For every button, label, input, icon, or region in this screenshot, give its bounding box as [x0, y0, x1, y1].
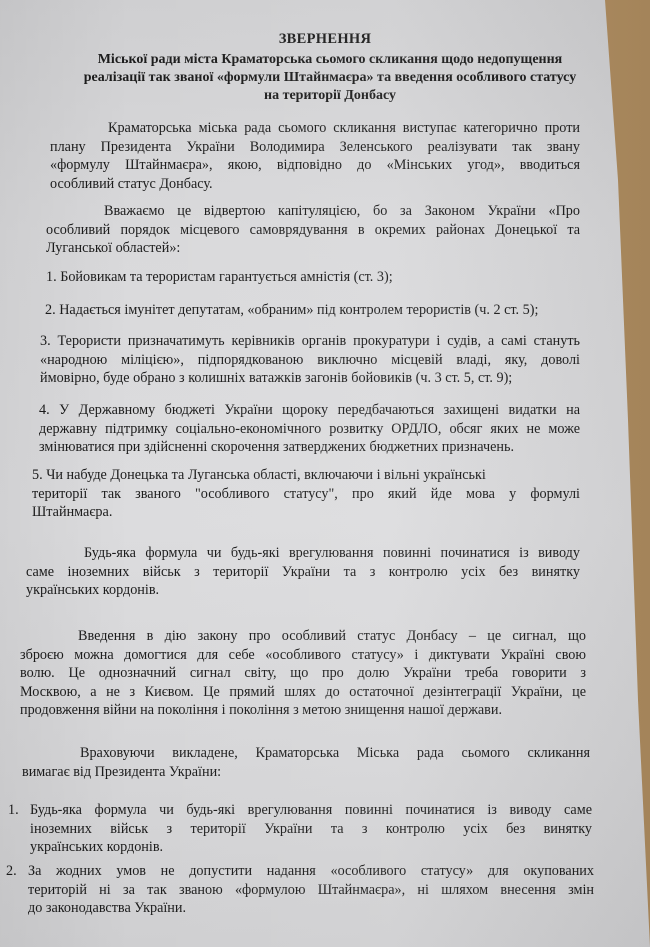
demand-number: 1.: [8, 801, 19, 820]
text-line: продовження війни на покоління і поколін…: [20, 701, 586, 720]
signal-paragraph: Введення в дію закону про особливий стат…: [20, 627, 586, 720]
demand-item-1: 1. Будь-яка формула чи будь-які врегулюв…: [8, 801, 592, 857]
text-line: Москвою, а не з Києвом. Це прямий шлях д…: [20, 683, 586, 702]
text-line: зброєю можна домогтися для себе «особлив…: [20, 646, 586, 665]
law-paragraph: Вважаємо це відвертою капітуляцією, бо з…: [46, 202, 580, 258]
text-line: до законодавства України.: [28, 899, 594, 918]
text-line: українських кордонів.: [30, 838, 592, 857]
text-line: території так званого "особливого статус…: [32, 485, 580, 504]
text-line: Будь-яка формула чи будь-які врегулюванн…: [30, 801, 592, 820]
intro-paragraph: Краматорська міська рада сьомого скликан…: [50, 119, 580, 193]
text-line: 3. Терористи призначатимуть керівників о…: [40, 332, 580, 351]
law-point-1: 1. Бойовикам та терористам гарантується …: [46, 268, 580, 287]
law-point-2: 2. Надається імунітет депутатам, «обрани…: [45, 301, 580, 320]
text-line: територій ні за так званою «формулою Шта…: [28, 881, 594, 900]
subtitle-line: реалізації так званої «формули Штайнмаєр…: [75, 69, 585, 87]
text-line: 1. Бойовикам та терористам гарантується …: [46, 268, 580, 287]
text-line: ймовірно, буде обрано з колишніх ватажкі…: [40, 369, 580, 388]
text-line: особливий статус Донбасу.: [50, 175, 580, 194]
text-line: 5. Чи набуде Донецька та Луганська облас…: [32, 466, 580, 485]
text-line: Штайнмаєра.: [32, 503, 580, 522]
text-line: Вважаємо це відвертою капітуляцією, бо з…: [46, 202, 580, 221]
demand-number: 2.: [6, 862, 17, 881]
law-point-4: 4. У Державному бюджеті України щороку п…: [39, 401, 580, 457]
text-line: За жодних умов не допустити надання «осо…: [28, 862, 594, 881]
text-line: українських кордонів.: [26, 581, 580, 600]
demand-item-2: 2. За жодних умов не допустити надання «…: [6, 862, 594, 918]
text-line: волю. Це однозначний сигнал світу, що пр…: [20, 664, 586, 683]
text-line: Луганської областей»:: [46, 239, 580, 258]
formula-paragraph: Будь-яка формула чи будь-які врегулюванн…: [26, 544, 580, 600]
text-line: плану Президента України Володимира Зеле…: [50, 138, 580, 157]
text-line: іноземних військ з території України та …: [30, 820, 592, 839]
text-line: Краматорська міська рада сьомого скликан…: [50, 119, 580, 138]
text-line: особливий порядок місцевого самоврядуван…: [46, 221, 580, 240]
text-line: змінюватися при здійсненні скорочення за…: [39, 438, 580, 457]
document-page: ЗВЕРНЕННЯ Міської ради міста Краматорськ…: [0, 0, 650, 947]
text-line: «формулу Штайнмаєра», якою, відповідно д…: [50, 156, 580, 175]
demand-intro-paragraph: Враховуючи викладене, Краматорська Міськ…: [22, 744, 590, 781]
document-subtitle: Міської ради міста Краматорська сьомого …: [75, 51, 585, 105]
text-line: Враховуючи викладене, Краматорська Міськ…: [22, 744, 590, 763]
text-line: вимагає від Президента України:: [22, 763, 590, 782]
document-title: ЗВЕРНЕННЯ: [0, 31, 650, 48]
text-line: 4. У Державному бюджеті України щороку п…: [39, 401, 580, 420]
text-line: саме іноземних військ з території Україн…: [26, 563, 580, 582]
subtitle-line: на території Донбасу: [75, 87, 585, 105]
text-line: Будь-яка формула чи будь-які врегулюванн…: [26, 544, 580, 563]
text-line: Введення в дію закону про особливий стат…: [20, 627, 586, 646]
law-point-3: 3. Терористи призначатимуть керівників о…: [40, 332, 580, 388]
text-line: державну підтримку соціально-економічног…: [39, 420, 580, 439]
subtitle-line: Міської ради міста Краматорська сьомого …: [75, 51, 585, 69]
law-point-5: 5. Чи набуде Донецька та Луганська облас…: [32, 466, 580, 522]
text-line: 2. Надається імунітет депутатам, «обрани…: [45, 301, 580, 320]
text-line: «народною міліцією», підпорядкованою вик…: [40, 351, 580, 370]
